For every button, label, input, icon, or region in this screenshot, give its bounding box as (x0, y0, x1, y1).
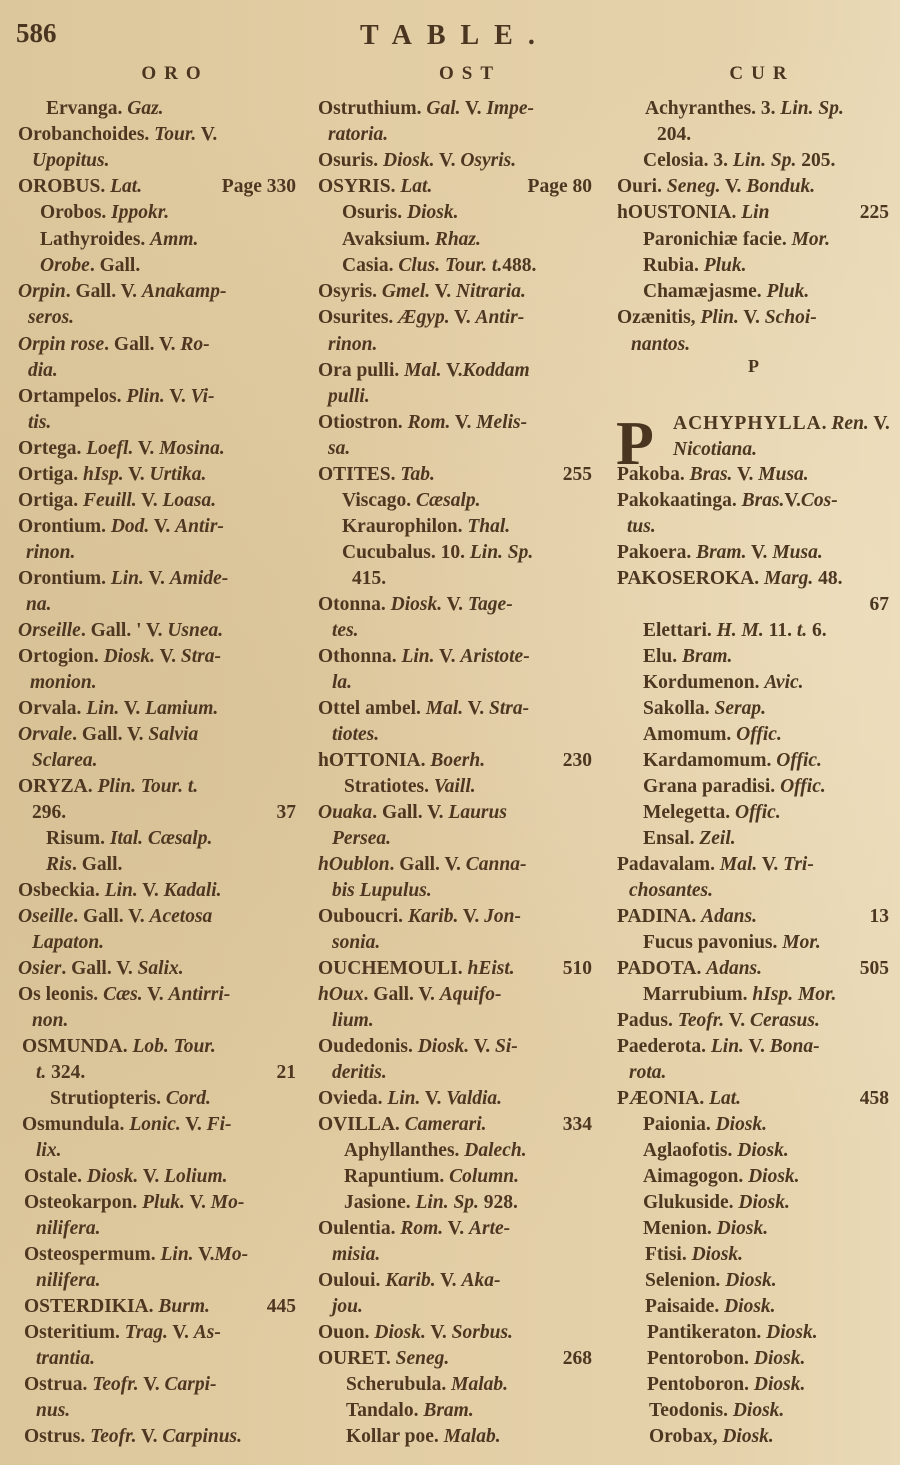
index-entry-line: nilifera. (36, 1269, 296, 1293)
index-entry-line: hOUSTONIA. Lin225 (617, 201, 889, 225)
index-entry-line: Osurites. Ægyp. V. Antir- (318, 306, 592, 330)
index-entry-line: PAKOSEROKA. Marg. 48. (617, 567, 889, 591)
entry-italic-text: Rom. (400, 1218, 443, 1239)
entry-italic-text: chosantes. (629, 880, 713, 901)
entry-italic-text: Diosk. (748, 1166, 799, 1187)
entry-text: V. (739, 307, 765, 328)
entry-text: hOUSTONIA. (617, 202, 741, 223)
entry-italic-text: Vaill. (434, 776, 476, 797)
index-entry-line: Osier. Gall. V. Salix. (18, 957, 296, 981)
index-entry-line: Ostrus. Teofr. V. Carpinus. (24, 1425, 296, 1449)
entry-italic-text: non. (32, 1010, 68, 1031)
entry-text: V. (443, 1218, 469, 1239)
index-entry-line: Paionia. Diosk. (643, 1113, 889, 1137)
entry-italic-text: Usnea. (167, 620, 223, 641)
index-entry-line: Osteritium. Trag. V. As- (24, 1321, 296, 1345)
entry-italic-text: Plin. (98, 776, 136, 797)
entry-text: Ouon. (318, 1322, 374, 1343)
index-entry-line: Orpin rose. Gall. V. Ro- (18, 333, 296, 357)
index-entry-line: Marrubium. hIsp. Mor. (643, 983, 889, 1007)
entry-italic-text: Loefl. (86, 438, 133, 459)
entry-italic-text: Lonic. (129, 1114, 180, 1135)
entry-italic-text: Lat. (400, 176, 432, 197)
entry-italic-text: Mor. (792, 229, 830, 250)
index-entry-line: lium. (332, 1009, 592, 1033)
entry-italic-text: Diosk. (754, 1374, 805, 1395)
index-entry-line: Teodonis. Diosk. (649, 1399, 889, 1423)
index-entry-line: Osuris. Diosk. V. Osyris. (318, 149, 592, 173)
entry-italic-text: Tour. (154, 124, 196, 145)
entry-italic-text: Lin. (160, 1244, 193, 1265)
entry-italic-text: sa. (328, 438, 350, 459)
entry-text: . Gall. V. (104, 334, 180, 355)
entry-text: V. (460, 98, 486, 119)
entry-italic-text: Offic. (780, 776, 826, 797)
entry-italic-text: hIsp. (83, 464, 124, 485)
entry-text: Pentoboron. (647, 1374, 754, 1395)
entry-text: Rapuntium. (344, 1166, 449, 1187)
entry-text: 928. (479, 1192, 518, 1213)
entry-text: 205. (796, 150, 835, 171)
entry-italic-text: Diosk. (374, 1322, 425, 1343)
index-entry-line: Ovieda. Lin. V. Valdia. (318, 1087, 592, 1111)
entry-text: Ostrua. (24, 1374, 92, 1395)
index-entry-line: Ostruthium. Gal. V. Impe- (318, 97, 592, 121)
index-entry-line: tis. (28, 411, 296, 435)
entry-italic-text: Aquifo- (440, 984, 502, 1005)
page-reference: Page 80 (528, 175, 592, 199)
entry-text: V. (458, 906, 484, 927)
index-entry-line: Nicotiana. (673, 438, 889, 462)
entry-text: V. (138, 880, 164, 901)
entry-italic-text: Serap. (715, 698, 766, 719)
entry-text: Kardamomum. (643, 750, 776, 771)
page-reference: 13 (870, 905, 890, 929)
index-entry-line: Sakolla. Serap. (643, 697, 889, 721)
entry-text: V. (720, 176, 746, 197)
entry-text: 324. (46, 1062, 85, 1083)
entry-text: . Gall. V. (390, 854, 466, 875)
index-entry-line: Otiostron. Rom. V. Melis- (318, 411, 592, 435)
entry-text: Celosia. 3. (643, 150, 733, 171)
index-entry-line: Aphyllanthes. Dalech. (344, 1139, 592, 1163)
index-entry-line: Osyris. Gmel. V. Nitraria. (318, 280, 592, 304)
index-entry-line: Ouaka. Gall. V. Laurus (318, 801, 592, 825)
index-entry-line: Ortampelos. Plin. V. Vi- (18, 385, 296, 409)
entry-text: Kraurophilon. (342, 516, 467, 537)
entry-text: V. (133, 438, 159, 459)
entry-text: V. (194, 1244, 215, 1265)
index-entry-line: Upopitus. (32, 149, 296, 173)
entry-italic-text: Teofr. (678, 1010, 724, 1031)
entry-italic-text: dia. (28, 360, 58, 381)
index-entry-line: Ortiga. Feuill. V. Loasa. (18, 489, 296, 513)
entry-italic-text: Osyris. (460, 150, 516, 171)
index-entry-line: 415. (352, 567, 592, 591)
index-entry-line: OUCHEMOULI. hEist.510 (318, 957, 592, 981)
entry-italic-text: trantia. (36, 1348, 95, 1369)
entry-text: 296. (32, 802, 66, 823)
index-entry-line: hOublon. Gall. V. Canna- (318, 853, 592, 877)
entry-italic-text: Valdia. (446, 1088, 502, 1109)
entry-italic-text: Lin. (711, 1036, 744, 1057)
entry-text: Ortampelos. (18, 386, 126, 407)
entry-text: Pakoera. (617, 542, 696, 563)
index-entry-line: Ora pulli. Mal. V.Koddam (318, 359, 592, 383)
entry-italic-text: Bona- (770, 1036, 820, 1057)
entry-text: V. (119, 698, 145, 719)
entry-italic-text: Diosk. (716, 1114, 767, 1135)
entry-italic-text: Diosk. (733, 1400, 784, 1421)
index-entry-line: Selenion. Diosk. (645, 1269, 889, 1293)
entry-text: Ostale. (24, 1166, 87, 1187)
entry-italic-text: Diosk. (418, 1036, 469, 1057)
entry-text: Os leonis. (18, 984, 103, 1005)
index-entry-line: seros. (28, 306, 296, 330)
entry-italic-text: tes. (332, 620, 359, 641)
entry-text: Rubia. (643, 255, 704, 276)
entry-text: V. (744, 1036, 770, 1057)
index-entry-line: Pakoera. Bram. V. Musa. (617, 541, 889, 565)
entry-italic-text: Orpin rose (18, 334, 104, 355)
index-entry-line: chosantes. (629, 879, 889, 903)
index-entry-line: Aglaofotis. Diosk. (643, 1139, 889, 1163)
entry-italic-text: Gal. (426, 98, 460, 119)
entry-italic-text: Cos- (801, 490, 838, 511)
entry-text: V. (168, 1322, 194, 1343)
entry-text: V. (196, 124, 217, 145)
entry-italic-text: Avic. (764, 672, 803, 693)
index-entry-line: PADOTA. Adans.505 (617, 957, 889, 981)
index-entry-line: ratoria. (328, 123, 592, 147)
entry-text: Padus. (617, 1010, 678, 1031)
entry-text: Ortega. (18, 438, 86, 459)
entry-italic-text: Plin. (700, 307, 738, 328)
index-entry-line: Ortiga. hIsp. V. Urtika. (18, 463, 296, 487)
index-entry-line: pulli. (328, 385, 592, 409)
entry-italic-text: Ital. Cæsalp. (110, 828, 212, 849)
entry-italic-text: Urtika. (149, 464, 206, 485)
entry-text: Ovieda. (318, 1088, 387, 1109)
entry-text: Ouloui. (318, 1270, 385, 1291)
index-entry-line: Chamæjasme. Pluk. (643, 280, 889, 304)
entry-text: Otiostron. (318, 412, 408, 433)
entry-italic-text: Lin. (111, 568, 144, 589)
entry-text: ORYZA. (18, 776, 98, 797)
entry-text: Otonna. (318, 594, 391, 615)
entry-italic-text: Bras. (690, 464, 733, 485)
index-entry-line: Osuris. Diosk. (342, 201, 592, 225)
entry-text: 415. (352, 568, 386, 589)
entry-italic-text: Lin. Sp. (780, 98, 843, 119)
entry-italic-text: Mal. (426, 698, 463, 719)
book-page: 586 TABLE. ORO OST CUR Ervanga. Gaz.Orob… (0, 0, 900, 1465)
index-entry-line: ORYZA. Plin. Tour. t. (18, 775, 296, 799)
entry-italic-text: Mal. (404, 360, 441, 381)
entry-italic-text: Arte- (469, 1218, 510, 1239)
entry-italic-text: Seneg. (667, 176, 721, 197)
entry-text: Melegetta. (643, 802, 735, 823)
entry-text: Achyranthes. 3. (645, 98, 780, 119)
entry-italic-text: Sclarea. (32, 750, 98, 771)
entry-italic-text: Lin. Sp. (470, 542, 533, 563)
drop-cap-initial: P (616, 414, 654, 474)
index-entry-line: Ortogion. Diosk. V. Stra- (18, 645, 296, 669)
entry-text: Chamæjasme. (643, 281, 766, 302)
entry-italic-text: jou. (332, 1296, 363, 1317)
entry-italic-text: Ris (46, 854, 72, 875)
entry-text: Tandalo. (346, 1400, 423, 1421)
entry-italic-text: Karib. (385, 1270, 435, 1291)
index-entry-line: Orobanchoides. Tour. V. (18, 123, 296, 147)
entry-italic-text: Orvale (18, 724, 72, 745)
index-entry-line: Viscago. Cæsalp. (342, 489, 592, 513)
index-entry-line: Padus. Teofr. V. Cerasus. (617, 1009, 889, 1033)
entry-text: Ora pulli. (318, 360, 404, 381)
entry-text: V. (436, 1270, 462, 1291)
entry-italic-text: Malab. (451, 1374, 508, 1395)
index-entry-line: OSYRIS. Lat.Page 80 (318, 175, 592, 199)
entry-text: Teodonis. (649, 1400, 733, 1421)
index-entry-line: bis Lupulus. (332, 879, 592, 903)
entry-italic-text: Bram. (423, 1400, 473, 1421)
entry-italic-text: tis. (28, 412, 51, 433)
index-entry-line: Os leonis. Cæs. V. Antirri- (18, 983, 296, 1007)
entry-text: Strutiopteris. (50, 1088, 166, 1109)
index-entry-line: Glukuside. Diosk. (643, 1191, 889, 1215)
page-reference: 445 (267, 1295, 296, 1319)
index-entry-line: OVILLA. Camerari.334 (318, 1113, 592, 1137)
index-entry-line: Kordumenon. Avic. (643, 671, 889, 695)
page-reference: 268 (563, 1347, 592, 1371)
index-entry-line: rota. (629, 1061, 889, 1085)
entry-italic-text: Lat. (110, 176, 142, 197)
entry-italic-text: Orobe (40, 255, 90, 276)
entry-italic-text: Malab. (444, 1426, 501, 1447)
entry-italic-text: Antir- (475, 307, 524, 328)
page-reference: Page 330 (222, 175, 296, 199)
entry-text: V. (420, 1088, 446, 1109)
entry-italic-text: Acetosa (149, 906, 212, 927)
entry-italic-text: deritis. (332, 1062, 387, 1083)
index-entry-line: Ouboucri. Karib. V. Jon- (318, 905, 592, 929)
entry-italic-text: Boerh. (430, 750, 485, 771)
entry-italic-text: Ægyp. (398, 307, 449, 328)
entry-italic-text: Adans. (706, 958, 762, 979)
entry-italic-text: Osier (18, 958, 61, 979)
index-entry-line: Ervanga. Gaz. (46, 97, 296, 121)
entry-text: V. (165, 386, 191, 407)
entry-text: Kordumenon. (643, 672, 764, 693)
entry-italic-text: lix. (36, 1140, 61, 1161)
entry-italic-text: Diosk. (724, 1296, 775, 1317)
entry-text: V. (757, 854, 783, 875)
entry-text: V. (784, 490, 800, 511)
entry-text: Osyris. (318, 281, 382, 302)
index-entry-line: Ouri. Seneg. V. Bonduk. (617, 175, 889, 199)
entry-text: Ortiga. (18, 464, 83, 485)
index-entry-line: Osbeckia. Lin. V. Kadali. (18, 879, 296, 903)
entry-italic-text: Laurus (448, 802, 507, 823)
entry-italic-text: Vi- (191, 386, 215, 407)
entry-text: PAKOSEROKA. (617, 568, 764, 589)
index-entry-line: Pentorobon. Diosk. (647, 1347, 889, 1371)
entry-italic-text: Lob. (133, 1036, 169, 1057)
entry-italic-text: Amide- (170, 568, 229, 589)
entry-italic-text: Lin. Sp. (416, 1192, 479, 1213)
index-column-2: Ostruthium. Gal. V. Impe-ratoria.Osuris.… (318, 0, 592, 1465)
entry-italic-text: rinon. (26, 542, 75, 563)
entry-italic-text: Antirri- (168, 984, 230, 1005)
index-entry-line: Kollar poe. Malab. (346, 1425, 592, 1449)
entry-italic-text: Bonduk. (746, 176, 815, 197)
page-reference: 225 (860, 201, 889, 225)
entry-italic-text: Musa. (758, 464, 808, 485)
page-reference: 255 (563, 463, 592, 487)
index-entry-line: OSMUNDA. Lob. Tour. (22, 1035, 296, 1059)
entry-text: OSYRIS. (318, 176, 400, 197)
entry-text: Aimagogon. (643, 1166, 748, 1187)
index-entry-line: sa. (328, 437, 592, 461)
index-entry-line: OROBUS. Lat.Page 330 (18, 175, 296, 199)
index-entry-line: Paronichiæ facie. Mor. (643, 228, 889, 252)
entry-italic-text: Lat. (709, 1088, 741, 1109)
entry-text: OUCHEMOULI. (318, 958, 468, 979)
entry-italic-text: Diosk. (391, 594, 442, 615)
index-entry-line: Orpin. Gall. V. Anakamp- (18, 280, 296, 304)
entry-italic-text: hOublon (318, 854, 390, 875)
entry-italic-text: Lin. (387, 1088, 420, 1109)
index-entry-line: Lathyroides. Amm. (40, 228, 296, 252)
entry-text: V. (181, 1114, 207, 1135)
index-entry-line: Oseille. Gall. V. Acetosa (18, 905, 296, 929)
entry-text: V. (430, 281, 456, 302)
entry-italic-text: Bram. (682, 646, 732, 667)
entry-text: Osbeckia. (18, 880, 105, 901)
entry-text: V. (469, 1036, 495, 1057)
entry-italic-text: Trag. (125, 1322, 168, 1343)
entry-text: Casia. (342, 255, 398, 276)
entry-italic-text: Mo- (215, 1244, 249, 1265)
index-entry-line: Cucubalus. 10. Lin. Sp. (342, 541, 592, 565)
entry-italic-text: ratoria. (328, 124, 388, 145)
entry-italic-text: Orpin (18, 281, 66, 302)
entry-italic-text: Koddam (463, 360, 530, 381)
index-entry-line: Ris. Gall. (46, 853, 296, 877)
entry-text: PADINA. (617, 906, 701, 927)
entry-italic-text: Diosk. (717, 1218, 768, 1239)
page-reference: 510 (563, 957, 592, 981)
entry-text: Ftisi. (645, 1244, 692, 1265)
index-entry-line: misia. (332, 1243, 592, 1267)
entry-text: Fucus pavonius. (643, 932, 782, 953)
entry-italic-text: Dod. (111, 516, 149, 537)
entry-text: . Gall. (72, 854, 122, 875)
entry-text: V. (185, 1192, 211, 1213)
entry-text: Paisaide. (645, 1296, 724, 1317)
index-entry-line: 296.37 (32, 801, 296, 825)
entry-text: Viscago. (342, 490, 416, 511)
entry-italic-text: t. (188, 776, 198, 797)
entry-italic-text: na. (26, 594, 51, 615)
entry-italic-text: Offic. (776, 750, 822, 771)
entry-italic-text: Musa. (772, 542, 822, 563)
entry-italic-text: Column. (449, 1166, 519, 1187)
index-entry-line: Pentoboron. Diosk. (647, 1373, 889, 1397)
entry-text: V. (746, 542, 772, 563)
entry-italic-text: Loasa. (162, 490, 216, 511)
entry-text: Oulentia. (318, 1218, 400, 1239)
index-entry-line: lix. (36, 1139, 296, 1163)
index-entry-line: nantos. (631, 333, 889, 357)
index-entry-line: Elettari. H. M. 11. t. 6. (643, 619, 889, 643)
entry-text: Ensal. (643, 828, 699, 849)
index-entry-line: Osteospermum. Lin. V.Mo- (24, 1243, 296, 1267)
index-entry-line: Ortega. Loefl. V. Mosina. (18, 437, 296, 461)
entry-text: V. (137, 490, 163, 511)
entry-text: Orontium. (18, 568, 111, 589)
entry-italic-text: Nicotiana. (673, 439, 757, 460)
entry-text: Ozænitis, (617, 307, 700, 328)
entry-text: Paionia. (643, 1114, 716, 1135)
entry-italic-text: seros. (28, 307, 74, 328)
index-entry-line: non. (32, 1009, 296, 1033)
entry-italic-text: Pluk. (766, 281, 809, 302)
entry-text: Aphyllanthes. (344, 1140, 464, 1161)
page-reference: 458 (860, 1087, 889, 1111)
entry-text: Avaksium. (342, 229, 435, 250)
entry-text: V. (137, 1426, 163, 1447)
entry-italic-text: Ippokr. (111, 202, 169, 223)
index-entry-line: Ftisi. Diosk. (645, 1243, 889, 1267)
entry-text: Marrubium. (643, 984, 752, 1005)
entry-text: Elettari. (643, 620, 717, 641)
index-entry-line: Orontium. Lin. V. Amide- (18, 567, 296, 591)
index-entry-line: Padavalam. Mal. V. Tri- (617, 853, 889, 877)
index-entry-line: Oudedonis. Diosk. V. Si- (318, 1035, 592, 1059)
entry-text: hOTTONIA. (318, 750, 430, 771)
index-entry-line: Risum. Ital. Cæsalp. (46, 827, 296, 851)
entry-italic-text: Jon- (484, 906, 521, 927)
entry-text: Lathyroides. (40, 229, 150, 250)
entry-text: 6. (807, 620, 827, 641)
entry-italic-text: tus. (627, 516, 656, 537)
entry-italic-text: tiotes. (332, 724, 379, 745)
index-entry-line: OSTERDIKIA. Burm.445 (24, 1295, 296, 1319)
entry-italic-text: Mor. (782, 932, 820, 953)
entry-italic-text: Cerasus. (750, 1010, 820, 1031)
entry-italic-text: bis Lupulus. (332, 880, 432, 901)
entry-italic-text: Gmel. (382, 281, 430, 302)
index-entry-line: Achyranthes. 3. Lin. Sp. (645, 97, 889, 121)
entry-italic-text: Impe- (486, 98, 534, 119)
entry-italic-text: misia. (332, 1244, 380, 1265)
entry-text: OVILLA. (318, 1114, 405, 1135)
entry-text: Osteokarpon. (24, 1192, 142, 1213)
entry-italic-text: nilifera. (36, 1270, 100, 1291)
index-entry-line: Pantikeraton. Diosk. (647, 1321, 889, 1345)
entry-italic-text: Karib. (408, 906, 458, 927)
index-entry-line: Orobax, Diosk. (649, 1425, 889, 1449)
entry-italic-text: Teofr. (90, 1426, 136, 1447)
entry-italic-text: Oseille (18, 906, 73, 927)
index-entry-line: t. 324.21 (36, 1061, 296, 1085)
entry-text: V. (143, 984, 169, 1005)
entry-italic-text: Cord. (166, 1088, 211, 1109)
index-entry-line: Ostrua. Teofr. V. Carpi- (24, 1373, 296, 1397)
entry-italic-text: Aristote- (460, 646, 529, 667)
entry-text: . Gall. V. (66, 281, 142, 302)
